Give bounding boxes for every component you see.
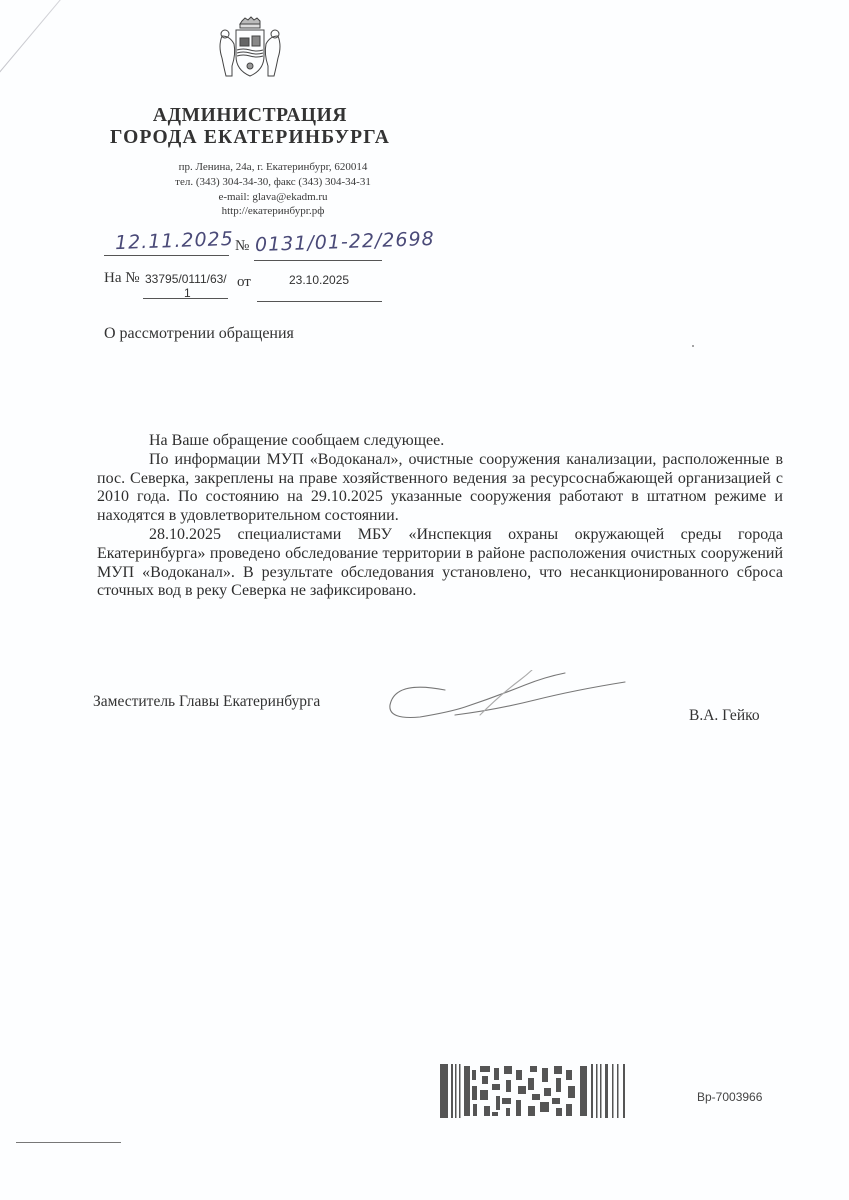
handwritten-signature-icon bbox=[385, 670, 635, 730]
number-underline bbox=[254, 260, 382, 261]
pdf417-barcode-icon bbox=[440, 1064, 630, 1118]
incoming-number-line1: 33795/0111/63/ bbox=[145, 272, 227, 286]
registration-number: Вр-7003966 bbox=[697, 1090, 762, 1104]
incoming-label: На № bbox=[104, 270, 140, 287]
outgoing-date: 12.11.2025 bbox=[115, 228, 234, 254]
scan-speck bbox=[692, 345, 694, 347]
incoming-date: 23.10.2025 bbox=[289, 273, 349, 287]
signatory-title: Заместитель Главы Екатеринбурга bbox=[93, 693, 320, 711]
incoming-number-underline bbox=[143, 298, 228, 299]
incoming-date-underline bbox=[257, 301, 382, 302]
body-paragraph-vodokanal: По информации МУП «Водоканал», очистные … bbox=[97, 451, 783, 526]
letter-body: На Ваше обращение сообщаем следующее. По… bbox=[97, 432, 783, 601]
org-address: пр. Ленина, 24а, г. Екатеринбург, 620014 bbox=[100, 160, 446, 175]
coat-of-arms-icon bbox=[212, 16, 288, 82]
outgoing-number: 0131/01-22/2698 bbox=[255, 228, 435, 256]
org-name-line2: ГОРОДА ЕКАТЕРИНБУРГА bbox=[100, 127, 400, 149]
from-label: от bbox=[237, 274, 251, 291]
date-underline bbox=[104, 255, 229, 256]
bottom-margin-line bbox=[16, 1142, 121, 1143]
org-phone: тел. (343) 304-34-30, факс (343) 304-34-… bbox=[100, 175, 446, 190]
signatory-name: В.А. Гейко bbox=[689, 707, 760, 725]
letter-subject: О рассмотрении обращения bbox=[104, 325, 294, 343]
number-label: № bbox=[235, 238, 249, 255]
org-website: http://екатеринбург.рф bbox=[100, 204, 446, 219]
body-paragraph-intro: На Ваше обращение сообщаем следующее. bbox=[97, 432, 783, 451]
org-email: e-mail: glava@ekadm.ru bbox=[100, 190, 446, 205]
scan-fold-line bbox=[0, 0, 125, 96]
body-paragraph-inspection: 28.10.2025 специалистами МБУ «Инспекция … bbox=[97, 526, 783, 601]
org-name-line1: АДМИНИСТРАЦИЯ bbox=[100, 105, 400, 127]
